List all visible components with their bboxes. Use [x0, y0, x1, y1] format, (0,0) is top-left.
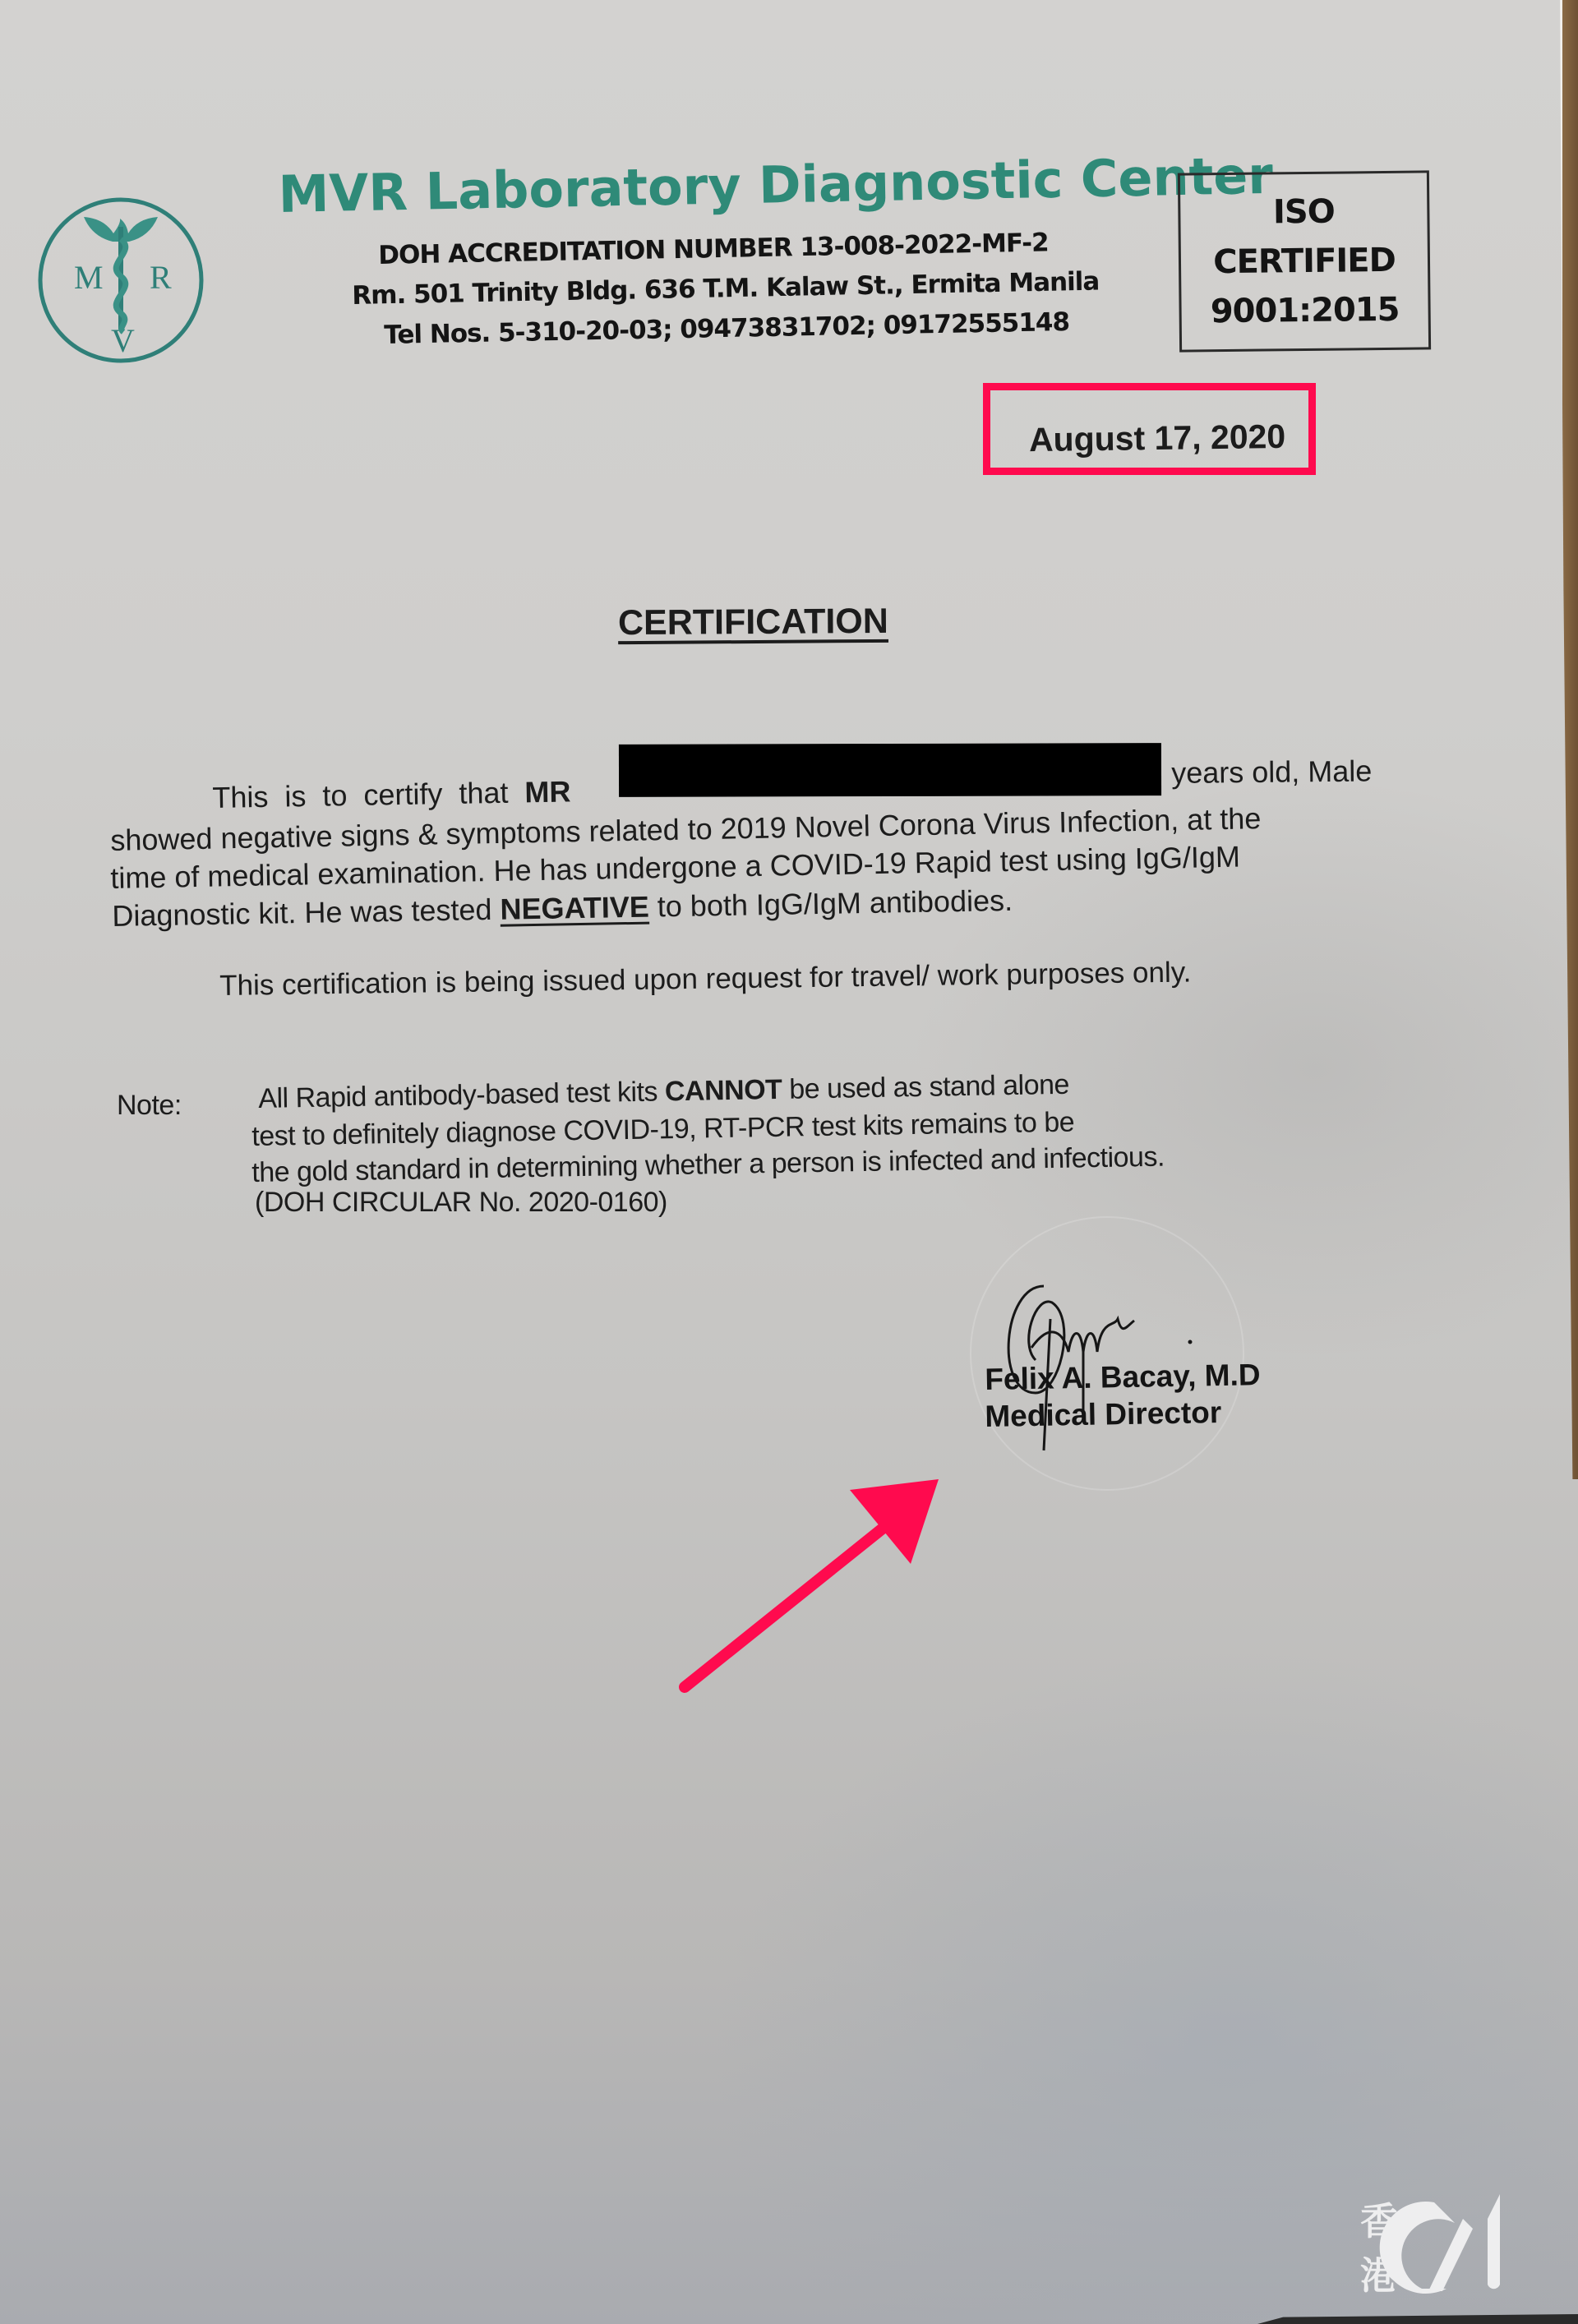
- certification-heading: CERTIFICATION: [618, 602, 888, 643]
- svg-text:M: M: [74, 259, 104, 296]
- iso-certified-box: ISO CERTIFIED 9001:2015: [1178, 170, 1431, 352]
- redacted-patient-name: [619, 743, 1161, 797]
- iso-line: CERTIFIED: [1213, 237, 1396, 285]
- certificate-date: August 17, 2020: [1029, 417, 1286, 459]
- svg-text:R: R: [150, 259, 172, 296]
- iso-line: ISO: [1273, 189, 1335, 236]
- iso-line: 9001:2015: [1211, 287, 1400, 334]
- body-line-1: This is to certify that MR: [212, 774, 571, 815]
- signatory-name: Felix A. Bacay, M.D: [985, 1358, 1261, 1397]
- hk01-logo-icon: [1356, 2186, 1553, 2301]
- caduceus-logo-icon: M R V: [35, 194, 207, 367]
- age-sex: years old, Male: [1171, 754, 1373, 791]
- note-line-4: (DOH CIRCULAR No. 2020-0160): [255, 1187, 667, 1219]
- test-result: NEGATIVE: [500, 890, 649, 926]
- patient-title: MR: [524, 774, 571, 809]
- signatory-title: Medical Director: [985, 1395, 1222, 1434]
- note-label: Note:: [117, 1090, 182, 1122]
